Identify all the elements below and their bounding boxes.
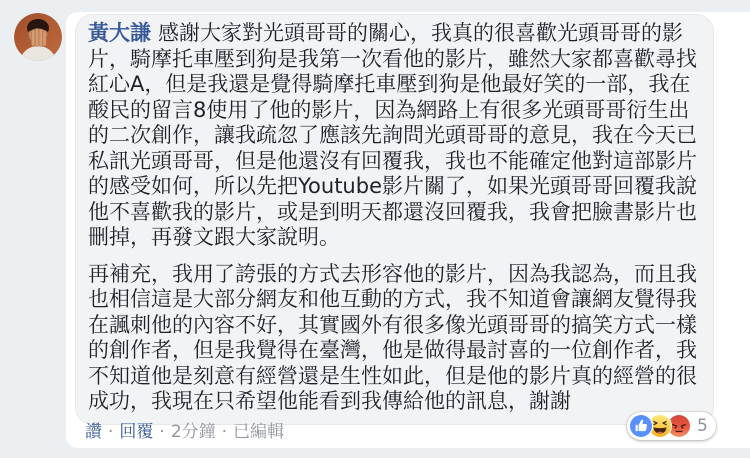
comment-text-line: 成功，我現在只希望他能看到我傳給他的訊息，謝謝 <box>88 389 701 415</box>
action-separator: · <box>159 420 164 444</box>
author-name-link[interactable]: 黃大謙 <box>88 21 151 45</box>
comment-text-line: 也相信這是大部分網友和他互動的方式，我不知道會讓網友覺得我 <box>88 287 701 313</box>
comment-paragraph: 再補充，我用了誇張的方式去形容他的影片，因為我認為，而且我 也相信這是大部分網友… <box>88 262 701 415</box>
comment-text-line: 再補充，我用了誇張的方式去形容他的影片，因為我認為，而且我 <box>88 262 701 288</box>
reaction-count: 5 <box>697 416 708 436</box>
comment-text-line: 不知道他是刻意有經營還是生性如此，但是他的影片真的經營的很 <box>88 364 701 390</box>
like-reaction-icon <box>629 414 653 438</box>
edited-indicator[interactable]: 已編輯 <box>233 420 284 444</box>
like-action[interactable]: 讚 <box>85 420 102 444</box>
action-separator: · <box>222 420 227 444</box>
comment-text-line: 黃大謙感謝大家對光頭哥哥的關心，我真的很喜歡光頭哥哥的影 <box>88 21 701 47</box>
comment-text-line: 的二次創作，讓我疏忽了應該先詢問光頭哥哥的意見，我在今天已 <box>88 123 701 149</box>
avatar-photo-icon <box>14 13 62 61</box>
comment-bubble: 黃大謙感謝大家對光頭哥哥的關心，我真的很喜歡光頭哥哥的影 片，騎摩托車壓到狗是我… <box>75 14 714 425</box>
reply-action[interactable]: 回覆 <box>119 420 153 444</box>
comment-text: 感謝大家對光頭哥哥的關心，我真的很喜歡光頭哥哥的影 <box>158 21 683 45</box>
comment-timestamp[interactable]: 2分鐘 <box>171 420 216 444</box>
action-separator: · <box>108 420 113 444</box>
comment-text-line: 的創作者，但是我覺得在臺灣，他是做得最討喜的一位創作者，我 <box>88 338 701 364</box>
comment-actions: 讚 · 回覆 · 2分鐘 · 已編輯 <box>85 420 284 444</box>
comment-text-line: 他不喜歡我的影片，或是到明天都還沒回覆我，我會把臉書影片也 <box>88 200 701 226</box>
comment-text-line: 私訊光頭哥哥，但是他還沒有回覆我，我也不能確定他對這部影片 <box>88 149 701 175</box>
comment-text-line: 紅心A，但是我還是覺得騎摩托車壓到狗是他最好笑的一部，我在 <box>88 72 701 98</box>
user-avatar[interactable] <box>14 13 62 61</box>
comment-text-line: 在諷刺他的內容不好，其實國外有很多像光頭哥哥的搞笑方式一樣 <box>88 313 701 339</box>
reaction-summary[interactable]: 5 <box>627 412 716 440</box>
comment-text-line: 的感受如何，所以先把Youtube影片關了，如果光頭哥哥回覆我說 <box>88 174 701 200</box>
comment-text-line: 刪掉，再發文跟大家說明。 <box>88 225 701 251</box>
comment-paragraph: 黃大謙感謝大家對光頭哥哥的關心，我真的很喜歡光頭哥哥的影 片，騎摩托車壓到狗是我… <box>88 21 701 251</box>
comment-text-line: 酸民的留言8使用了他的影片，因為網路上有很多光頭哥哥衍生出 <box>88 98 701 124</box>
facebook-comment: 黃大謙感謝大家對光頭哥哥的關心，我真的很喜歡光頭哥哥的影 片，騎摩托車壓到狗是我… <box>0 0 750 458</box>
comment-text-line: 片，騎摩托車壓到狗是我第一次看他的影片，雖然大家都喜歡尋找 <box>88 47 701 73</box>
